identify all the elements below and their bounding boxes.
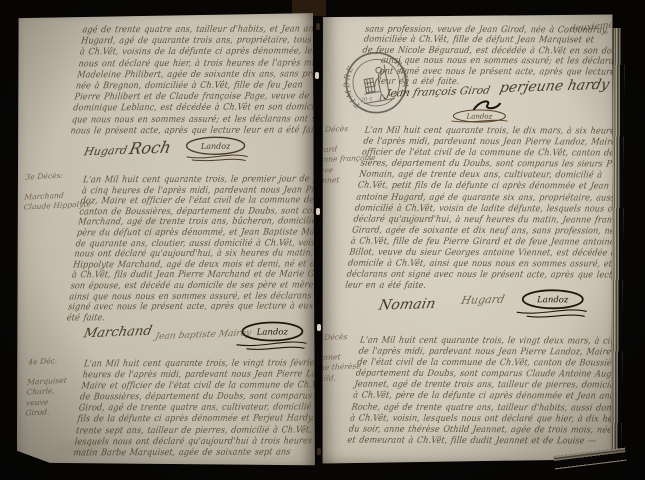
act5-text: L'an Mil huit cent quarante trois, le di… — [344, 126, 614, 293]
act3-text: L'an Mil huit cent quarante trois, le pr… — [66, 174, 315, 324]
register-scan: agé de trente quatre ans, tailleur d'hab… — [0, 0, 645, 480]
signature-hugard: Hugard — [460, 293, 506, 307]
binding-stitch — [316, 23, 320, 30]
svg-text:Landoz: Landoz — [256, 327, 289, 337]
binding-stitch — [316, 208, 320, 215]
binding-stitch — [317, 448, 321, 455]
signature-hugard: Hugard — [83, 144, 129, 159]
signature-hardy: perjeune hardy — [498, 77, 611, 96]
binding-stitch — [315, 72, 319, 79]
mayor-paraph-signature: Landoz — [234, 320, 308, 356]
act4-text: L'an Mil huit cent quarante trois, le vi… — [73, 358, 315, 459]
left-page: agé de trente quatre ans, tailleur d'hab… — [15, 11, 315, 466]
act2-text-continuation: agé de trente quatre ans, tailleur d'hab… — [70, 24, 315, 137]
right-page: deuxieme TIMBRE ROYAL — [320, 13, 615, 464]
signature-marchand: Marchand — [82, 324, 153, 342]
signature-nomain: Nomain — [377, 296, 437, 314]
mayor-paraph-signature: Landoz — [515, 288, 589, 324]
act6-text: L'an Mil huit cent quarante trois, le vi… — [347, 336, 615, 448]
svg-text:20 c: 20 c — [359, 96, 374, 104]
svg-text:Landoz: Landoz — [536, 295, 569, 305]
svg-text:Landoz: Landoz — [200, 142, 231, 151]
binding-stitch — [317, 324, 321, 331]
signature-roch: Roch — [128, 138, 173, 159]
mayor-paraph-signature: Landoz — [184, 136, 250, 168]
svg-text:Landoz: Landoz — [466, 112, 493, 120]
page-edge-stack — [610, 28, 624, 460]
margin-note-act4: 4e Déc.MarquisetCharle,veuveGirod. — [25, 356, 68, 419]
